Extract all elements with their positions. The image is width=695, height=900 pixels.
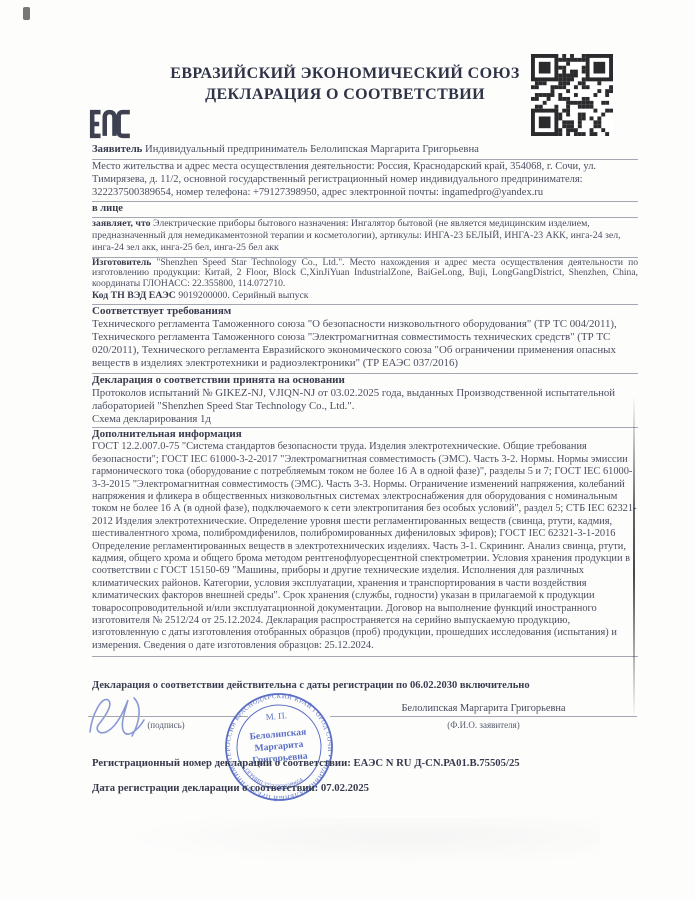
document-body: Заявитель Индивидуальный предприниматель… (92, 0, 638, 657)
basis-heading: Декларация о соответствии принята на осн… (92, 374, 638, 387)
declaration-document: ЕВРАЗИЙСКИЙ ЭКОНОМИЧЕСКИЙ СОЮЗ ДЕКЛАРАЦИ… (0, 0, 695, 900)
validity-statement: Декларация о соответствии действительна … (92, 680, 638, 691)
manufacturer-row: Изготовитель "Shenzhen Speed Star Techno… (92, 258, 638, 290)
registration-number-row: Регистрационный номер декларации о соотв… (92, 757, 652, 769)
in-person-row: в лице (92, 202, 638, 218)
declares-row: заявляет, что Электрические приборы быто… (92, 218, 638, 258)
in-person-label: в лице (92, 203, 123, 214)
complies-text: Технического регламента Таможенного союз… (92, 318, 638, 374)
applicant-value: Индивидуальный предприниматель Белолипск… (145, 143, 479, 155)
tnved-value: 9019200000. Серийный выпуск (178, 290, 308, 301)
handwritten-signature (84, 692, 184, 742)
additional-text: ГОСТ 12.2.007.0-75 "Система стандартов б… (92, 441, 638, 657)
basis-text: Протоколов испытаний № GIKEZ-NJ, VJIQN-N… (92, 387, 638, 413)
manufacturer-label: Изготовитель (92, 257, 151, 268)
address-row: Место жительства и адрес места осуществл… (92, 160, 638, 202)
registration-date-label: Дата регистрации декларации о соответств… (92, 782, 318, 794)
declares-label: заявляет, что (92, 218, 151, 229)
manufacturer-value: "Shenzhen Speed Star Technology Co., Ltd… (92, 257, 638, 290)
applicant-row: Заявитель Индивидуальный предприниматель… (92, 142, 638, 160)
scan-line-artifact (633, 396, 635, 718)
declaration-scheme: Схема декларирования 1д (92, 413, 638, 429)
fio-caption: (Ф.И.О. заявителя) (330, 720, 637, 730)
additional-heading: Дополнительная информация (92, 428, 638, 441)
scan-corner-mark (23, 7, 30, 20)
fio-line (330, 716, 637, 717)
declares-value: Электрические приборы бытового назначени… (92, 218, 621, 253)
scan-blotch (120, 818, 600, 866)
signature-caption: (подпись) (96, 720, 236, 730)
applicant-fio: Белолипская Маргарита Григорьевна (330, 703, 637, 714)
tnved-label: Код ТН ВЭД ЕАЭС (92, 290, 176, 301)
registration-date-row: Дата регистрации декларации о соответств… (92, 782, 652, 794)
registration-number-label: Регистрационный номер декларации о соотв… (92, 757, 351, 769)
registration-number-value: ЕАЭС N RU Д-CN.РА01.В.75505/25 (353, 757, 519, 769)
tnved-row: Код ТН ВЭД ЕАЭС 9019200000. Серийный вып… (92, 290, 638, 305)
registration-date-value: 07.02.2025 (321, 782, 369, 794)
stamp-mp-text: М. П. (265, 710, 287, 722)
applicant-label: Заявитель (92, 143, 142, 155)
complies-heading: Соответствует требованиям (92, 305, 638, 318)
